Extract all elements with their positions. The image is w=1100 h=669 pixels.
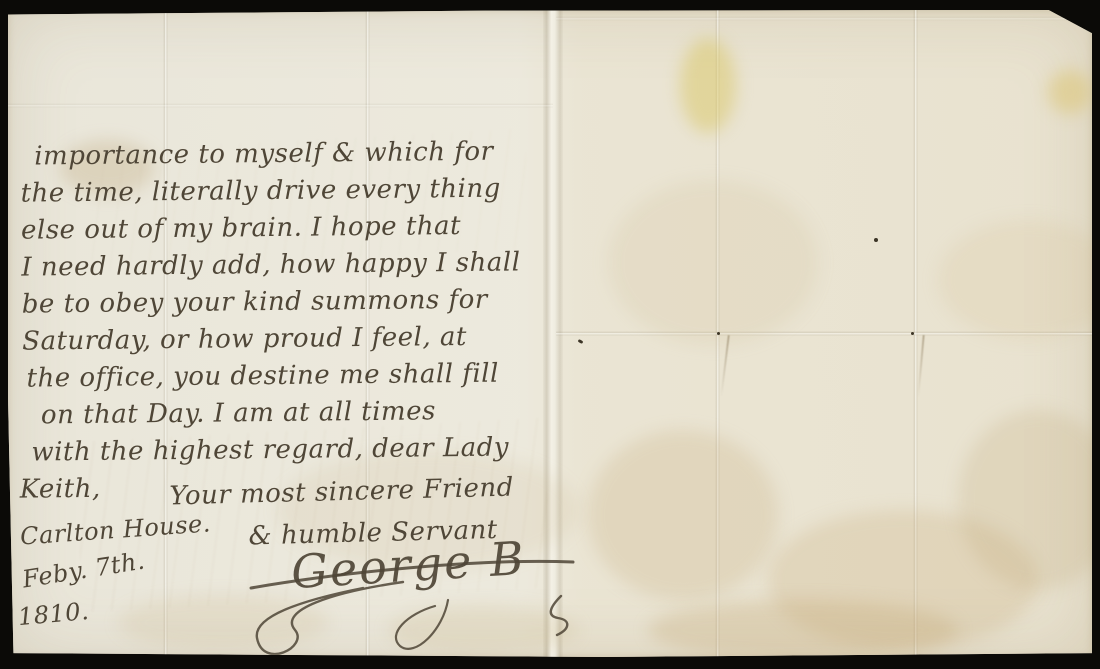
place-and-date: Carlton House. Feby. 7th. 1810.: [16, 508, 246, 653]
letter-photograph: { "colors": { "background": "#0b0a07", "…: [0, 0, 1100, 669]
foxing-stain: [938, 220, 1100, 340]
letter-line: the office, you destine me shall fill: [26, 355, 521, 397]
ink-speck: [874, 238, 878, 242]
signature-flourish: [243, 510, 593, 665]
letter-line: on that Day. I am at all times: [41, 392, 522, 434]
horizontal-fold-crease: [8, 103, 553, 108]
horizontal-fold-crease: [556, 16, 1092, 21]
letter-paper-sheet: importance to myself & which for the tim…: [8, 10, 1092, 657]
signature-block: George B: [243, 510, 593, 665]
ink-speck: [717, 332, 720, 335]
letter-line: importance to myself & which for: [34, 133, 519, 175]
letter-line: with the highest regard, dear Lady: [31, 429, 522, 471]
letter-line: be to obey your kind summons for: [22, 281, 521, 323]
foxing-stain: [608, 180, 818, 345]
letter-line: the time, literally drive every thing: [20, 170, 519, 212]
letter-line: Saturday, or how proud I feel, at: [22, 318, 521, 360]
letter-line: I need hardly add, how happy I shall: [21, 244, 520, 286]
wax-stain: [1048, 70, 1092, 114]
date-year-line: 1810.: [17, 593, 91, 636]
ink-speck: [578, 339, 584, 344]
letter-body: importance to myself & which for the tim…: [20, 133, 523, 508]
wax-stain: [680, 38, 736, 133]
foxing-stain: [648, 600, 958, 660]
foxing-stain: [588, 430, 778, 600]
ink-speck: [911, 332, 914, 335]
paper-wrinkle: [917, 335, 924, 397]
letter-line: else out of my brain. I hope that: [21, 207, 520, 249]
